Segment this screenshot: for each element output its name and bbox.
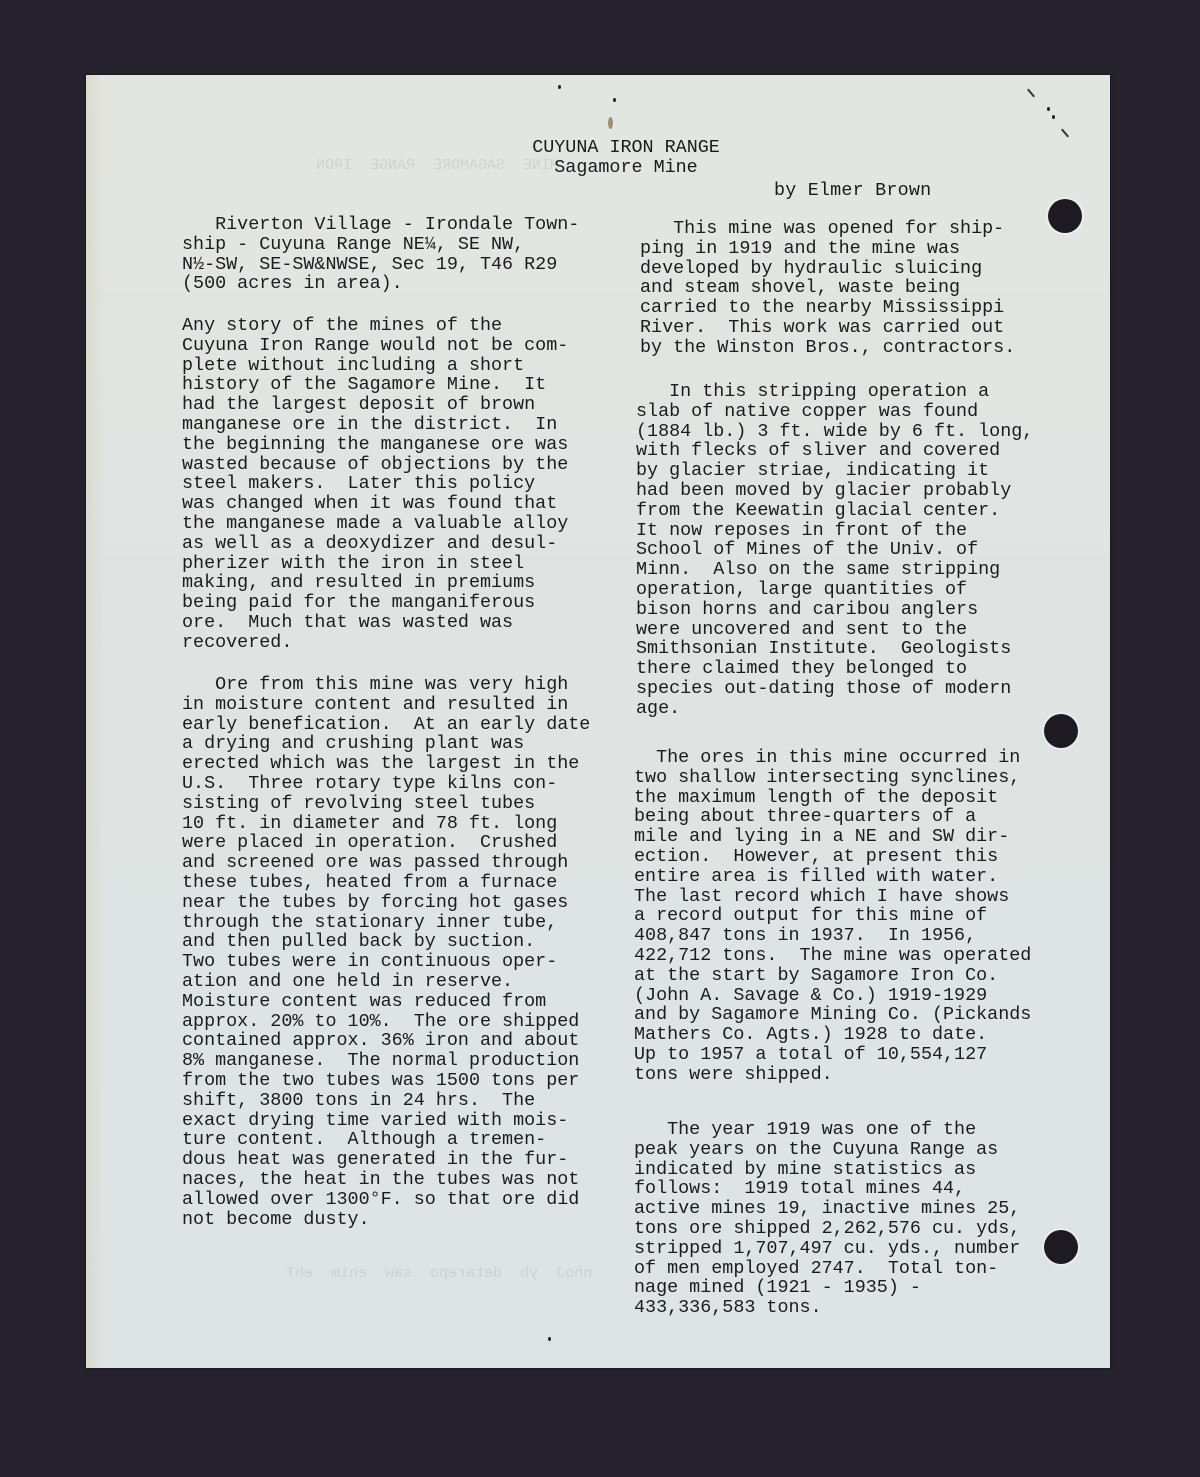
text-line: dous heat was generated in the fur- [182,1150,590,1170]
text-line: 10 ft. in diameter and 78 ft. long [182,814,590,834]
text-line: being paid for the manganiferous [182,593,568,613]
text-line: 408,847 tons in 1937. In 1956, [634,926,1031,946]
text-line: carried to the nearby Mississippi [640,298,1015,318]
text-line: the beginning the manganese ore was [182,435,568,455]
statistics-paragraph: The year 1919 was one of the peak years … [634,1120,1020,1318]
text-line: tons were shipped. [634,1065,1031,1085]
text-line: wasted because of objections by the [182,455,568,475]
paper-speck [1052,115,1055,119]
text-line: and then pulled back by suction. [182,932,590,952]
punch-hole [1044,714,1078,748]
text-line: plete without including a short [182,356,568,376]
text-line: the maximum length of the deposit [634,788,1031,808]
text-line: species out-dating those of modern [636,679,1033,699]
text-line: shift, 3800 tons in 24 hrs. The [182,1091,590,1111]
text-line: In this stripping operation a [636,382,1033,402]
text-line: and steam shovel, waste being [640,278,1015,298]
text-line: Ore from this mine was very high [182,675,590,695]
text-line: were placed in operation. Crushed [182,833,590,853]
text-line: manganese ore in the district. In [182,415,568,435]
text-line: Minn. Also on the same stripping [636,560,1033,580]
text-line: indicated by mine statistics as [634,1160,1020,1180]
text-line: and by Sagamore Mining Co. (Pickands [634,1005,1031,1025]
text-line: follows: 1919 total mines 44, [634,1179,1020,1199]
text-line: were uncovered and sent to the [636,620,1033,640]
text-line: approx. 20% to 10%. The ore shipped [182,1012,590,1032]
text-line: ship - Cuyuna Range NE¼, SE NW, [182,235,579,255]
text-line: pherizer with the iron in steel [182,554,568,574]
text-line: developed by hydraulic sluicing [640,259,1015,279]
text-line: a record output for this mine of [634,906,1031,926]
benefication-paragraph: Ore from this mine was very high in mois… [182,675,590,1229]
text-line: of men employed 2747. Total ton- [634,1259,1020,1279]
text-line: Up to 1957 a total of 10,554,127 [634,1045,1031,1065]
text-line: erected which was the largest in the [182,754,590,774]
text-line: these tubes, heated from a furnace [182,873,590,893]
text-line: through the stationary inner tube, [182,913,590,933]
text-line: there claimed they belonged to [636,659,1033,679]
text-line: making, and resulted in premiums [182,573,568,593]
text-line: 433,336,583 tons. [634,1298,1020,1318]
text-line: 422,712 tons. The mine was operated [634,946,1031,966]
paper-speck [558,85,561,89]
text-line: Riverton Village - Irondale Town- [182,215,579,235]
copper-slab-paragraph: In this stripping operation a slab of na… [636,382,1033,719]
text-line: ture content. Although a tremen- [182,1130,590,1150]
staple-mark [1061,129,1069,138]
text-line: from the two tubes was 1500 tons per [182,1071,590,1091]
text-line: Any story of the mines of the [182,316,568,336]
text-line: by the Winston Bros., contractors. [640,338,1015,358]
text-line: This mine was opened for ship- [640,219,1015,239]
text-line: allowed over 1300°F. so that ore did [182,1190,590,1210]
text-line: history of the Sagamore Mine. It [182,375,568,395]
text-line: recovered. [182,633,568,653]
paper-speck [613,98,616,102]
text-line: two shallow intersecting synclines, [634,768,1031,788]
ore-deposit-paragraph: The ores in this mine occurred in two sh… [634,748,1031,1085]
text-line: near the tubes by forcing hot gases [182,893,590,913]
paper-speck [1047,107,1050,111]
document-subtitle: Sagamore Mine [476,158,776,178]
text-line: ore. Much that was wasted was [182,613,568,633]
text-line: not become dusty. [182,1210,590,1230]
text-line: Cuyuna Iron Range would not be com- [182,336,568,356]
text-line: with flecks of sliver and covered [636,441,1033,461]
text-line: in moisture content and resulted in [182,695,590,715]
text-line: from the Keewatin glacial center. [636,501,1033,521]
document-byline: by Elmer Brown [774,181,931,201]
text-line: School of Mines of the Univ. of [636,540,1033,560]
paper-stain [608,117,613,129]
text-line: ection. However, at present this [634,847,1031,867]
text-line: The ores in this mine occurred in [634,748,1031,768]
text-line: had been moved by glacier probably [636,481,1033,501]
text-line: contained approx. 36% iron and about [182,1031,590,1051]
text-line: nage mined (1921 - 1935) - [634,1278,1020,1298]
text-line: by glacier striae, indicating it [636,461,1033,481]
text-line: It now reposes in front of the [636,521,1033,541]
text-line: being about three-quarters of a [634,807,1031,827]
text-line: sisting of revolving steel tubes [182,794,590,814]
text-line: Two tubes were in continuous oper- [182,952,590,972]
text-line: a drying and crushing plant was [182,734,590,754]
text-line: steel makers. Later this policy [182,474,568,494]
text-line: The year 1919 was one of the [634,1120,1020,1140]
text-line: the manganese made a valuable alloy [182,514,568,534]
text-line: early benefication. At an early date [182,715,590,735]
paper-speck [548,1337,551,1341]
text-line: had the largest deposit of brown [182,395,568,415]
text-line: Mathers Co. Agts.) 1928 to date. [634,1025,1031,1045]
text-line: Smithsonian Institute. Geologists [636,639,1033,659]
text-line: age. [636,699,1033,719]
text-line: U.S. Three rotary type kilns con- [182,774,590,794]
text-line: (John A. Savage & Co.) 1919-1929 [634,986,1031,1006]
text-line: naces, the heat in the tubes was not [182,1170,590,1190]
history-paragraph: Any story of the mines of the Cuyuna Iro… [182,316,568,653]
document-title: CUYUNA IRON RANGE [476,138,776,158]
staple-mark [1027,89,1035,98]
text-line: (1884 lb.) 3 ft. wide by 6 ft. long, [636,422,1033,442]
text-line: at the start by Sagamore Iron Co. [634,966,1031,986]
text-line: was changed when it was found that [182,494,568,514]
text-line: ation and one held in reserve. [182,972,590,992]
text-line: operation, large quantities of [636,580,1033,600]
text-line: The last record which I have shows [634,887,1031,907]
text-line: bison horns and caribou anglers [636,600,1033,620]
text-line: mile and lying in a NE and SW dir- [634,827,1031,847]
opening-paragraph: This mine was opened for ship- ping in 1… [640,219,1015,358]
text-line: N½-SW, SE-SW&NWSE, Sec 19, T46 R29 [182,255,579,275]
text-line: exact drying time varied with mois- [182,1111,590,1131]
text-line: Moisture content was reduced from [182,992,590,1012]
text-line: slab of native copper was found [636,402,1033,422]
text-line: stripped 1,707,497 cu. yds., number [634,1239,1020,1259]
text-line: as well as a deoxydizer and desul- [182,534,568,554]
text-line: ping in 1919 and the mine was [640,239,1015,259]
text-line: (500 acres in area). [182,274,579,294]
text-line: active mines 19, inactive mines 25, [634,1199,1020,1219]
text-line: River. This work was carried out [640,318,1015,338]
text-line: peak years on the Cuyuna Range as [634,1140,1020,1160]
text-line: 8% manganese. The normal production [182,1051,590,1071]
text-line: tons ore shipped 2,262,576 cu. yds, [634,1219,1020,1239]
punch-hole [1048,199,1082,233]
text-line: entire area is filled with water. [634,867,1031,887]
location-paragraph: Riverton Village - Irondale Town- ship -… [182,215,579,294]
punch-hole [1044,1230,1078,1264]
bleed-through-text: nhoJ yb detarepo saw enim ehT [286,1265,592,1282]
text-line: and screened ore was passed through [182,853,590,873]
